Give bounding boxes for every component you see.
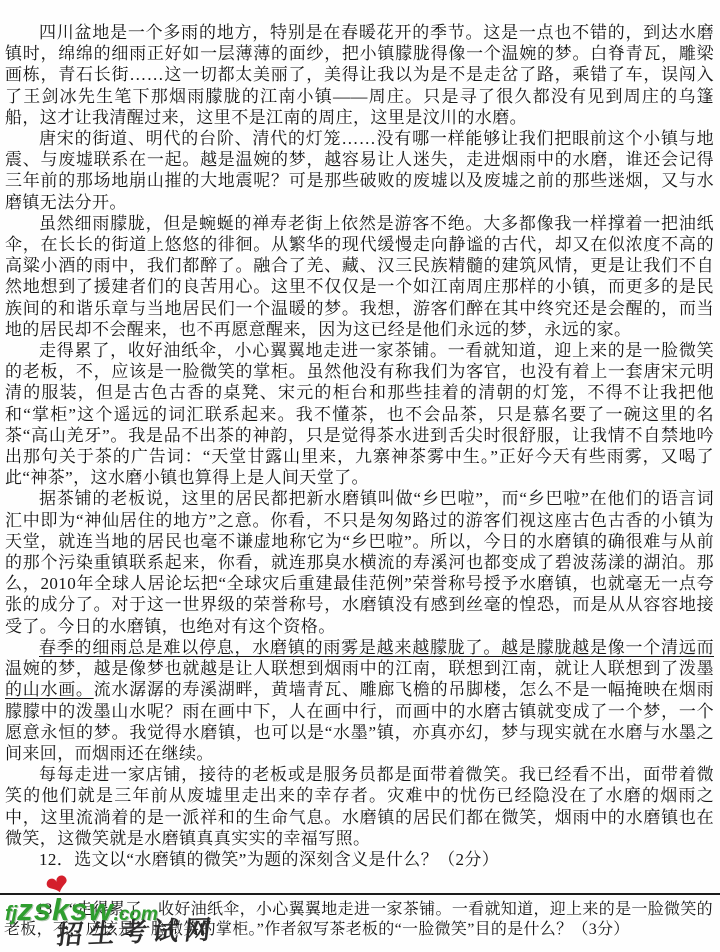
underlined-sentence-b: 的山水画。	[5, 680, 94, 699]
watermark-site-name: 招生考试网	[55, 909, 219, 952]
paragraph-5: 据茶铺的老板说，这里的居民都把新水磨镇叫做“乡巴啦”，而“乡巴啦”在他们的语言词…	[5, 488, 714, 636]
paragraph-4: 走得累了，收好油纸伞，小心翼翼地走进一家茶铺。一看就知道，迎上来的是一脸微笑的老…	[5, 340, 714, 488]
document-page: 四川盆地是一个多雨的地方，特别是在春暖花开的季节。这是一点也不错的，到达水磨镇时…	[0, 0, 720, 952]
paragraph-7: 每每走进一家店铺，接待的老板或是服务员都是面带着微笑。我已经看不出，面带着微笑的…	[5, 764, 714, 849]
paragraph-6: 春季的细雨总是难以停息，水磨镇的雨雾是越来越朦胧了。越是朦胧越是像一个清远而温婉…	[5, 637, 714, 764]
underlined-sentence-a: 春季的细雨总是难以停息，水磨镇的雨雾是越来越朦胧了。越是朦胧越是像一个清远而	[39, 638, 714, 657]
question-12: 12．选文以“水磨镇的微笑”为题的深刻含义是什么？（2分）	[5, 849, 714, 870]
article-body: 四川盆地是一个多雨的地方，特别是在春暖花开的季节。这是一点也不错的，到达水磨镇时…	[5, 22, 714, 870]
paragraph-1: 四川盆地是一个多雨的地方，特别是在春暖花开的季节。这是一点也不错的，到达水磨镇时…	[5, 22, 714, 128]
paragraph-6-middle: 温婉的梦，越是像梦也就越是让人联想到烟雨中的江南，联想到江南，就让人联想到了泼墨	[5, 659, 714, 678]
watermark-url-prefix: fj	[5, 903, 17, 926]
paragraph-2: 唐宋的街道、明代的台阶、清代的灯笼……没有哪一样能够让我们把眼前这个小镇与地震、…	[5, 128, 714, 213]
paragraph-6-rest: 流水潺潺的寿溪湖畔，黄墙青瓦、雕廊飞檐的吊脚楼，怎么不是一幅掩映在烟雨朦朦中的泼…	[5, 680, 714, 763]
paragraph-3: 虽然细雨朦胧，但是蜿蜒的禅寿老街上依然是游客不绝。大多都像我一样撑着一把油纸伞，…	[5, 213, 714, 340]
